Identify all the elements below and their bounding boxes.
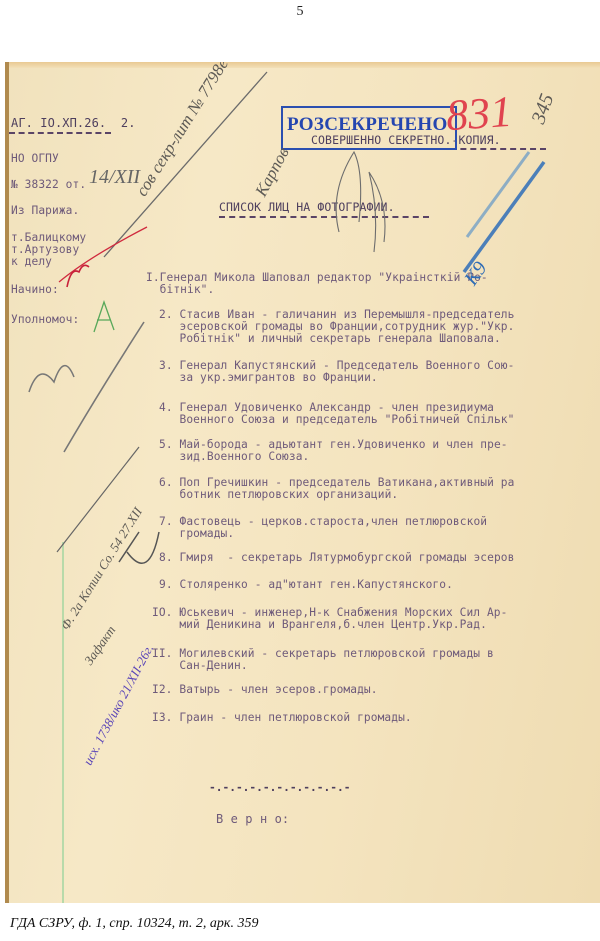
page-number: 5 (0, 4, 600, 20)
archive-document-sheet: АГ. IO.XП.26. 2. НО ОГПУ № 38322 от. 14/… (5, 62, 600, 903)
archive-reference-caption: ГДА СЗРУ, ф. 1, спр. 10324, т. 2, арк. 3… (10, 916, 258, 932)
handwriting-strokes (9, 62, 600, 903)
